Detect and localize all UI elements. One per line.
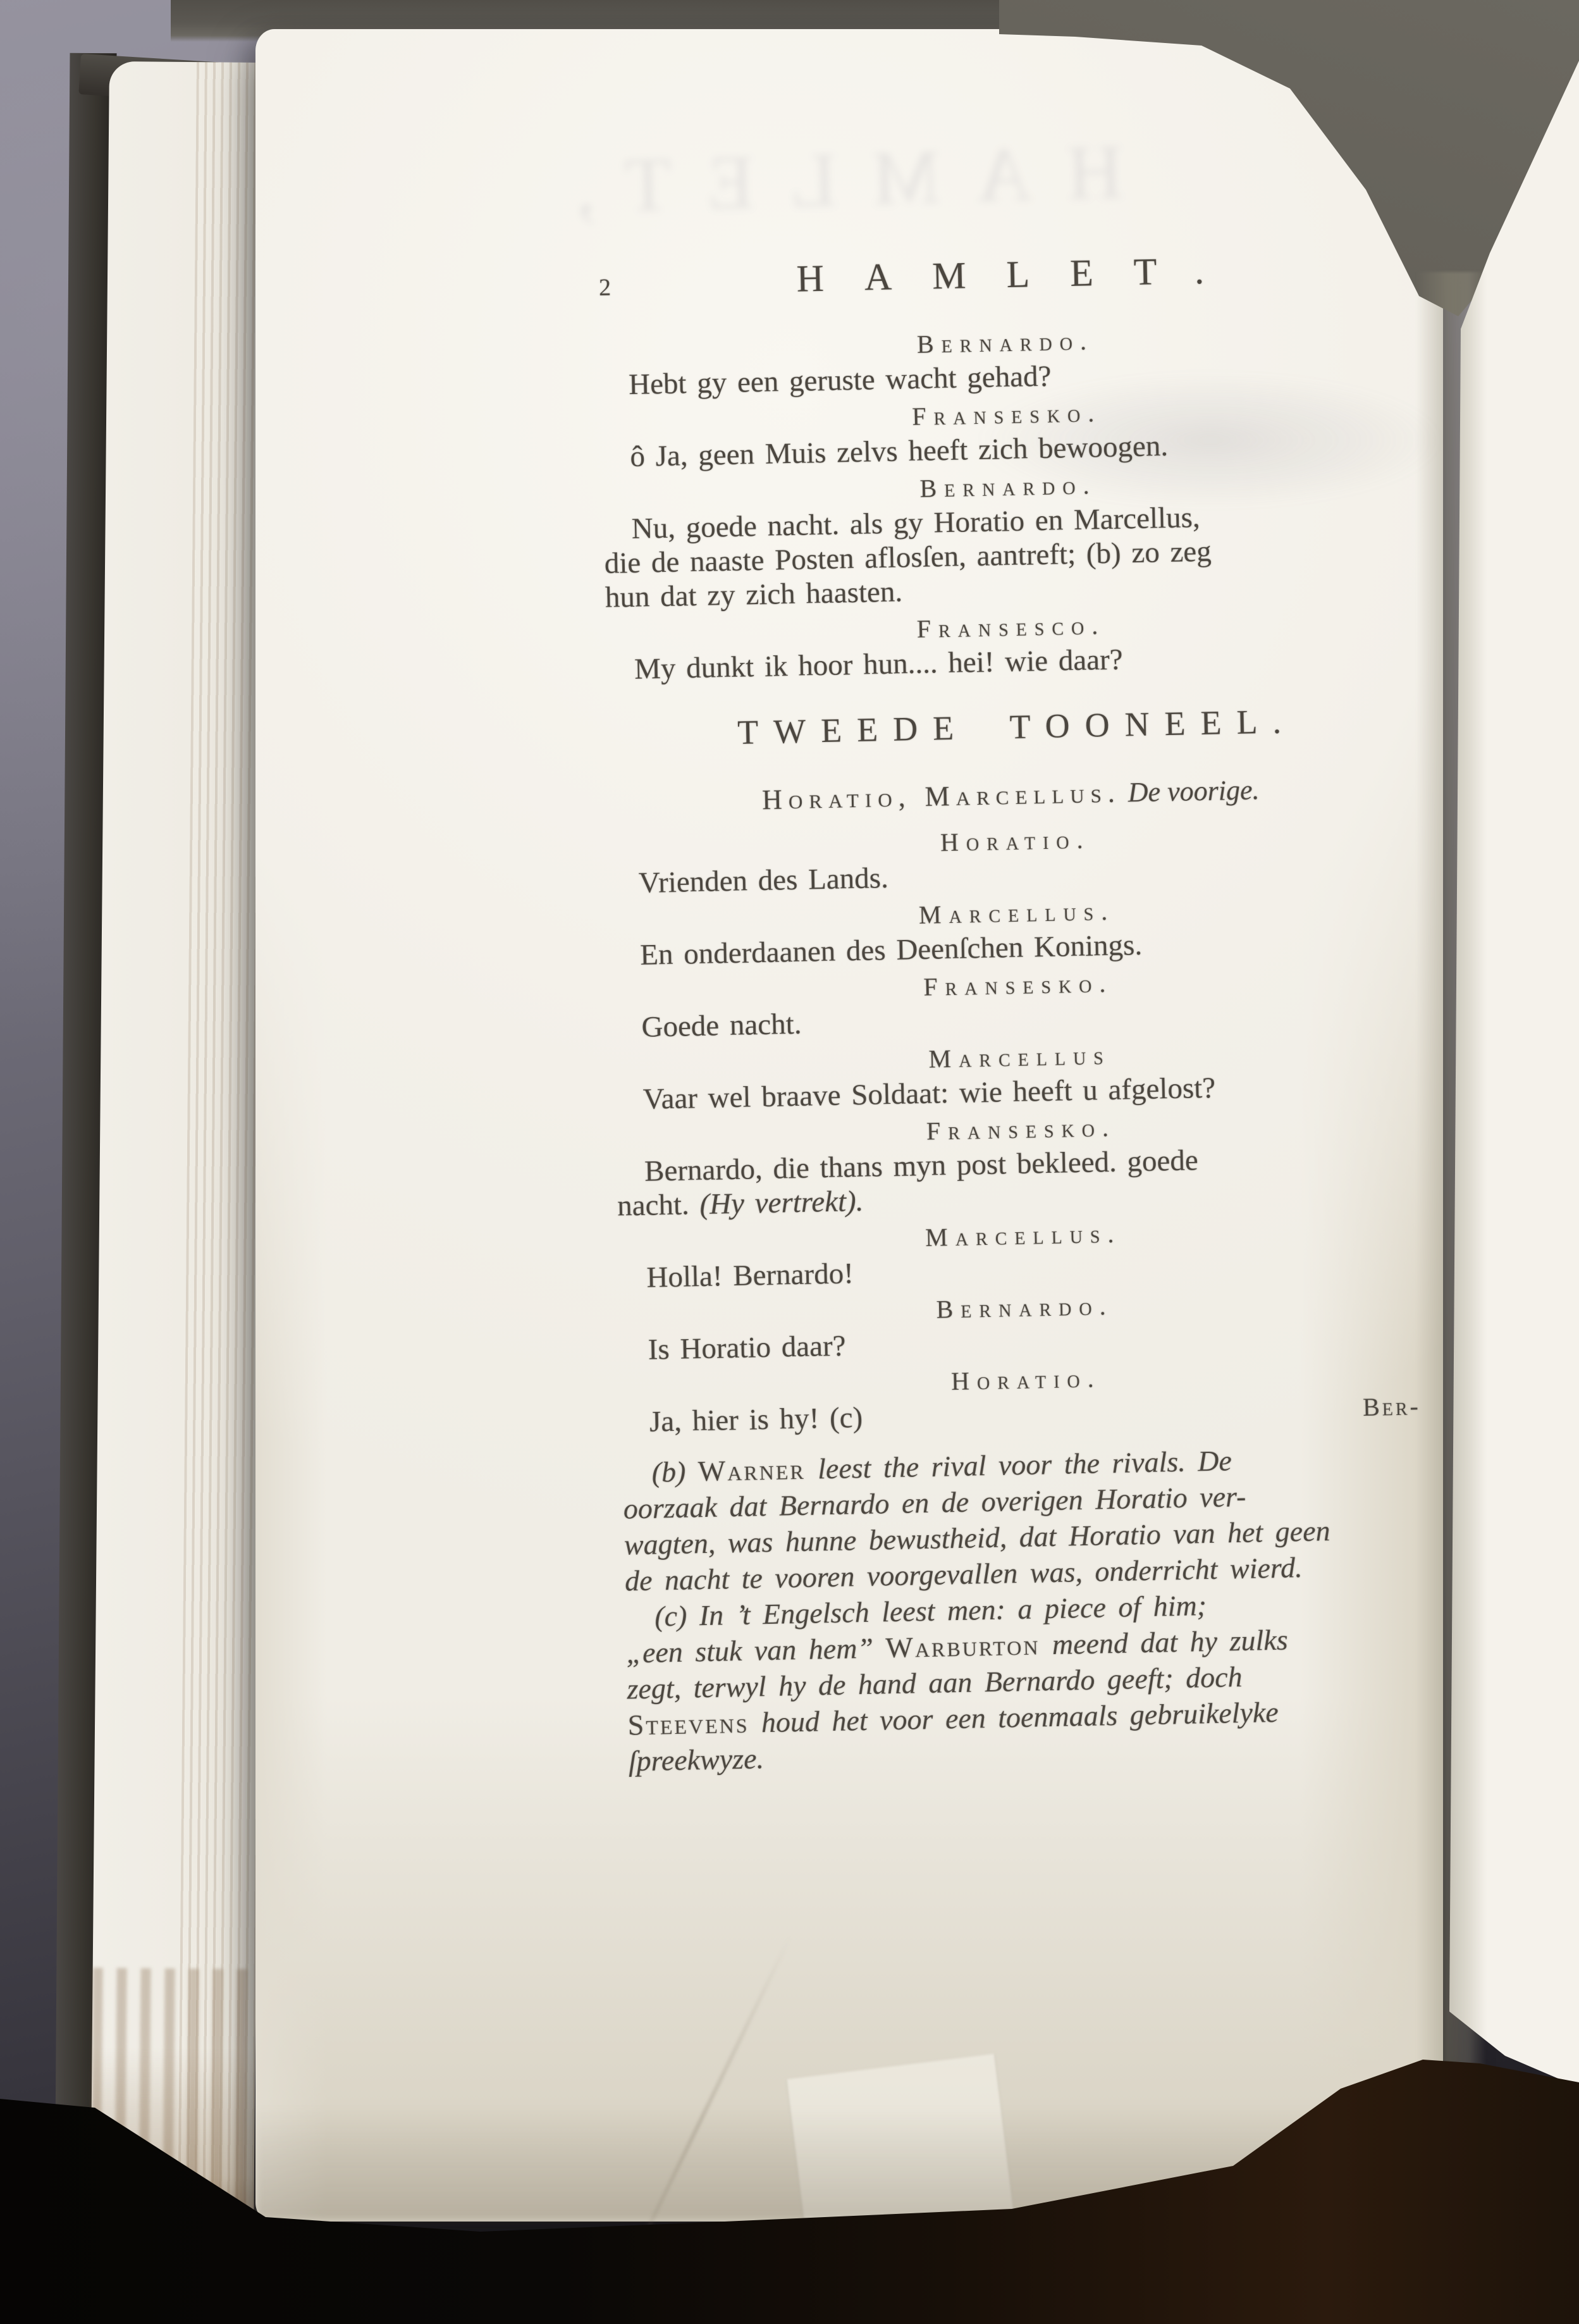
dialogue-line: Ja, hier is hy! (c) bbox=[622, 1400, 863, 1440]
dialogue-section-1: Bernardo. Hebt gy een geruste wacht geha… bbox=[600, 318, 1410, 686]
page-number: 2 bbox=[598, 258, 653, 316]
book-page: HAMLET, 2 HAMLET. Bernardo. Hebt gy een … bbox=[255, 29, 1443, 2222]
page-block-fore-edge bbox=[90, 61, 273, 2235]
running-title: HAMLET. bbox=[651, 239, 1349, 310]
footnotes: (b) Warner leest the rival voor the riva… bbox=[622, 1438, 1432, 1779]
stage-direction: Horatio, Marcellus. De voorige. bbox=[609, 769, 1413, 820]
scene-heading: TWEEDE TOONEEL. bbox=[608, 698, 1411, 755]
book-photo: HAMLET, 2 HAMLET. Bernardo. Hebt gy een … bbox=[0, 0, 1579, 2324]
ghost-show-through-title: HAMLET, bbox=[254, 119, 1444, 240]
page-gutter-shadow bbox=[1416, 272, 1486, 2075]
header-spacer bbox=[1349, 279, 1402, 280]
catchword: Ber- bbox=[1363, 1389, 1425, 1425]
printed-text-block: 2 HAMLET. Bernardo. Hebt gy een geruste … bbox=[598, 238, 1432, 1779]
dialogue-section-2: Horatio. Vrienden des Lands. Marcellus. … bbox=[610, 816, 1425, 1439]
page-header: 2 HAMLET. bbox=[598, 238, 1403, 311]
